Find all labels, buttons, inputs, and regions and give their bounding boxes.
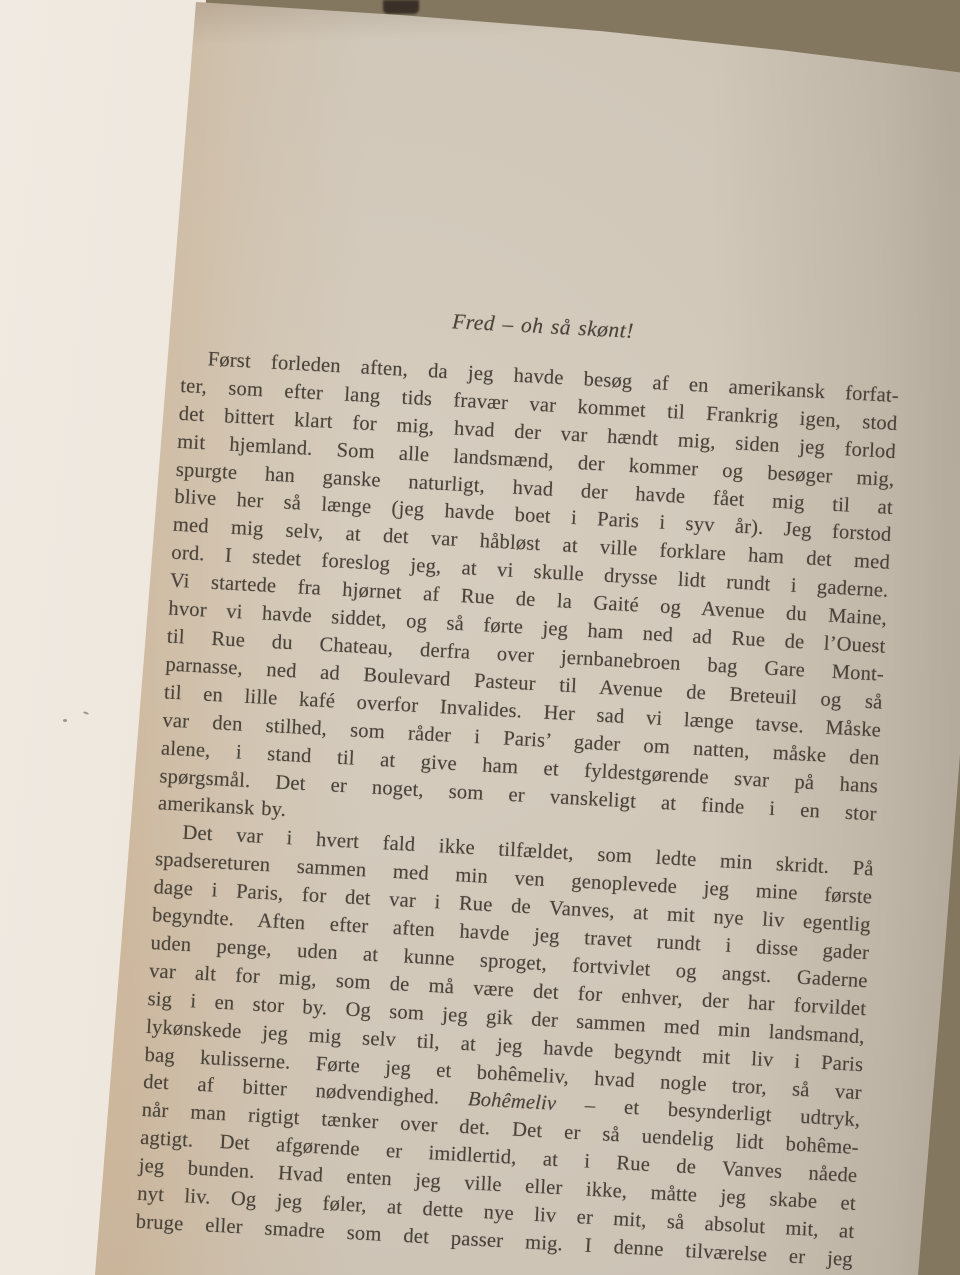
- book-photo: Fred – oh så skønt! Først forleden aften…: [0, 0, 960, 1275]
- paragraph-2: Det var i hvert fald ikke tilfældet, som…: [135, 819, 874, 1275]
- page-text: Fred – oh så skønt! Først forleden aften…: [135, 280, 903, 1275]
- emphasized-word: Bohêmeliv: [467, 1089, 556, 1116]
- paragraph-1: Først forleden aften, da jeg havde besøg…: [157, 345, 899, 857]
- wood-knot: [383, 0, 419, 14]
- dust-speck: [63, 719, 67, 722]
